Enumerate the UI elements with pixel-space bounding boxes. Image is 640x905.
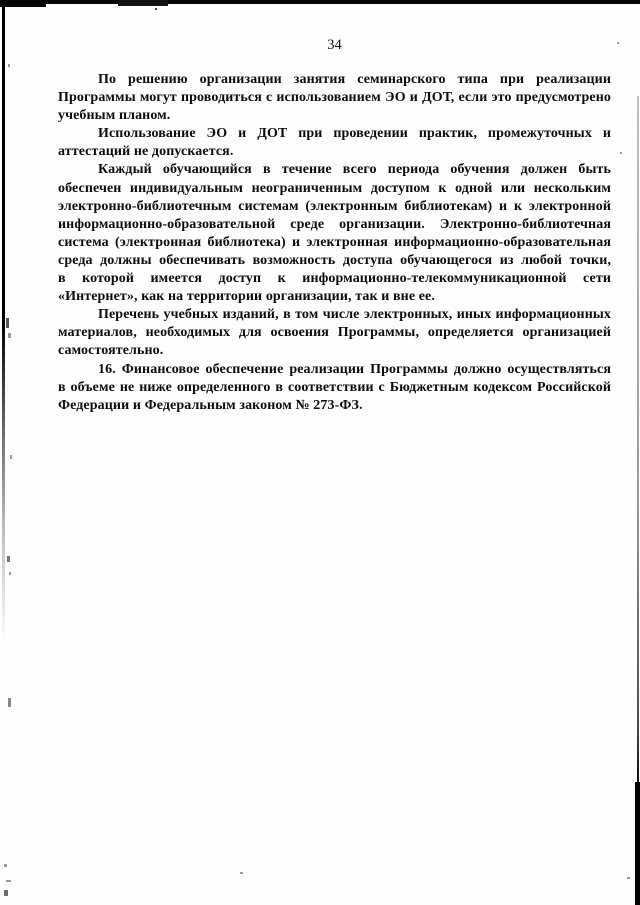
right-margin-scan-line-bottom [635,782,640,905]
paragraph: По решению организации занятия семинарск… [58,71,611,125]
text-line: учебным планом. [58,107,611,125]
text-line: электронно-библиотечным системам (электр… [58,198,611,216]
page-number: 34 [58,37,611,54]
text-line: в объеме не ниже определенного в соответ… [58,379,611,397]
text-line: По решению организации занятия семинарск… [58,71,611,89]
text-line: «Интернет», как на территории организаци… [58,288,611,306]
text-line: Перечень учебных изданий, в том числе эл… [58,306,611,324]
paragraph: 16. Финансовое обеспечение реализации Пр… [58,361,611,415]
document-page: 34 По решению организации занятия семина… [0,0,640,905]
text-line: самостоятельно. [58,342,611,360]
paragraph: Каждый обучающийся в течение всего перио… [58,161,611,306]
text-line: аттестаций не допускается. [58,143,611,161]
text-line: в которой имеется доступ к информационно… [58,270,611,288]
text-line: среда должны обеспечивать возможность до… [58,252,611,270]
text-line: Использование ЭО и ДОТ при проведении пр… [58,125,611,143]
text-line: обеспечен индивидуальным неограниченным … [58,180,611,198]
text-line: Каждый обучающийся в течение всего перио… [58,161,611,179]
text-line: информационно-образовательной среде орга… [58,216,611,234]
left-margin-scan-line [2,0,5,645]
text-line: Федерации и Федеральным законом № 273-ФЗ… [58,397,611,415]
text-line: система (электронная библиотека) и элект… [58,234,611,252]
text-line: 16. Финансовое обеспечение реализации Пр… [58,361,611,379]
page-top-border [0,0,640,4]
text-line: материалов, необходимых для освоения Про… [58,324,611,342]
text-line: Программы могут проводиться с использова… [58,89,611,107]
paragraph: Использование ЭО и ДОТ при проведении пр… [58,125,611,161]
document-text: По решению организации занятия семинарск… [58,71,611,415]
paragraph: Перечень учебных изданий, в том числе эл… [58,306,611,360]
